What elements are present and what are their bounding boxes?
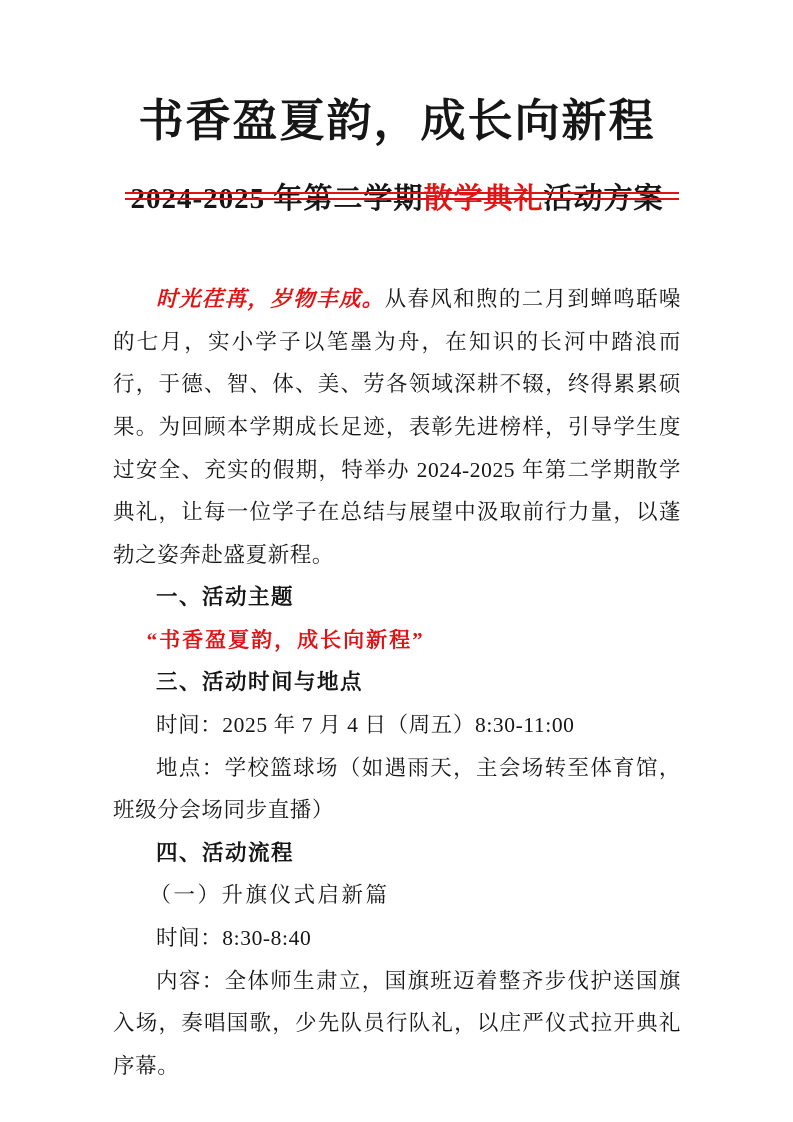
flow-item-time: 时间：8:30-8:40 — [113, 917, 681, 960]
strikethrough-line-bottom — [125, 198, 680, 200]
flow-item-content: 内容：全体师生肃立，国旗班迈着整齐步伐护送国旗入场，奏唱国歌，少先队员行队礼，以… — [113, 960, 681, 1088]
theme-quote: “书香盈夏韵，成长向新程” — [113, 619, 681, 662]
document-subtitle: 2024-2025 年第二学期散学典礼活动方案 — [131, 179, 664, 219]
section-heading-time-place: 三、活动时间与地点 — [113, 661, 681, 704]
flow-item-title: （一）升旗仪式启新篇 — [113, 874, 681, 917]
section-heading-theme: 一、活动主题 — [113, 576, 681, 619]
intro-lead-red-text: 时光荏苒，岁物丰成。 — [156, 287, 385, 311]
time-line: 时间：2025 年 7 月 4 日（周五）8:30-11:00 — [113, 704, 681, 747]
document-title: 书香盈夏韵，成长向新程 — [113, 88, 681, 154]
subtitle-row: 2024-2025 年第二学期散学典礼活动方案 — [113, 155, 681, 243]
place-line: 地点：学校篮球场（如遇雨天，主会场转至体育馆，班级分会场同步直播） — [113, 747, 681, 832]
intro-body-text: 从春风和煦的二月到蝉鸣聒噪的七月，实小学子以笔墨为舟，在知识的长河中踏浪而行，于… — [113, 287, 681, 567]
section-heading-flow: 四、活动流程 — [113, 832, 681, 875]
strikethrough-line-top — [125, 192, 680, 194]
document-page: 书香盈夏韵，成长向新程 2024-2025 年第二学期散学典礼活动方案 时光荏苒… — [0, 0, 793, 1122]
intro-paragraph: 时光荏苒，岁物丰成。从春风和煦的二月到蝉鸣聒噪的七月，实小学子以笔墨为舟，在知识… — [113, 278, 681, 576]
document-body: 时光荏苒，岁物丰成。从春风和煦的二月到蝉鸣聒噪的七月，实小学子以笔墨为舟，在知识… — [113, 278, 681, 1087]
